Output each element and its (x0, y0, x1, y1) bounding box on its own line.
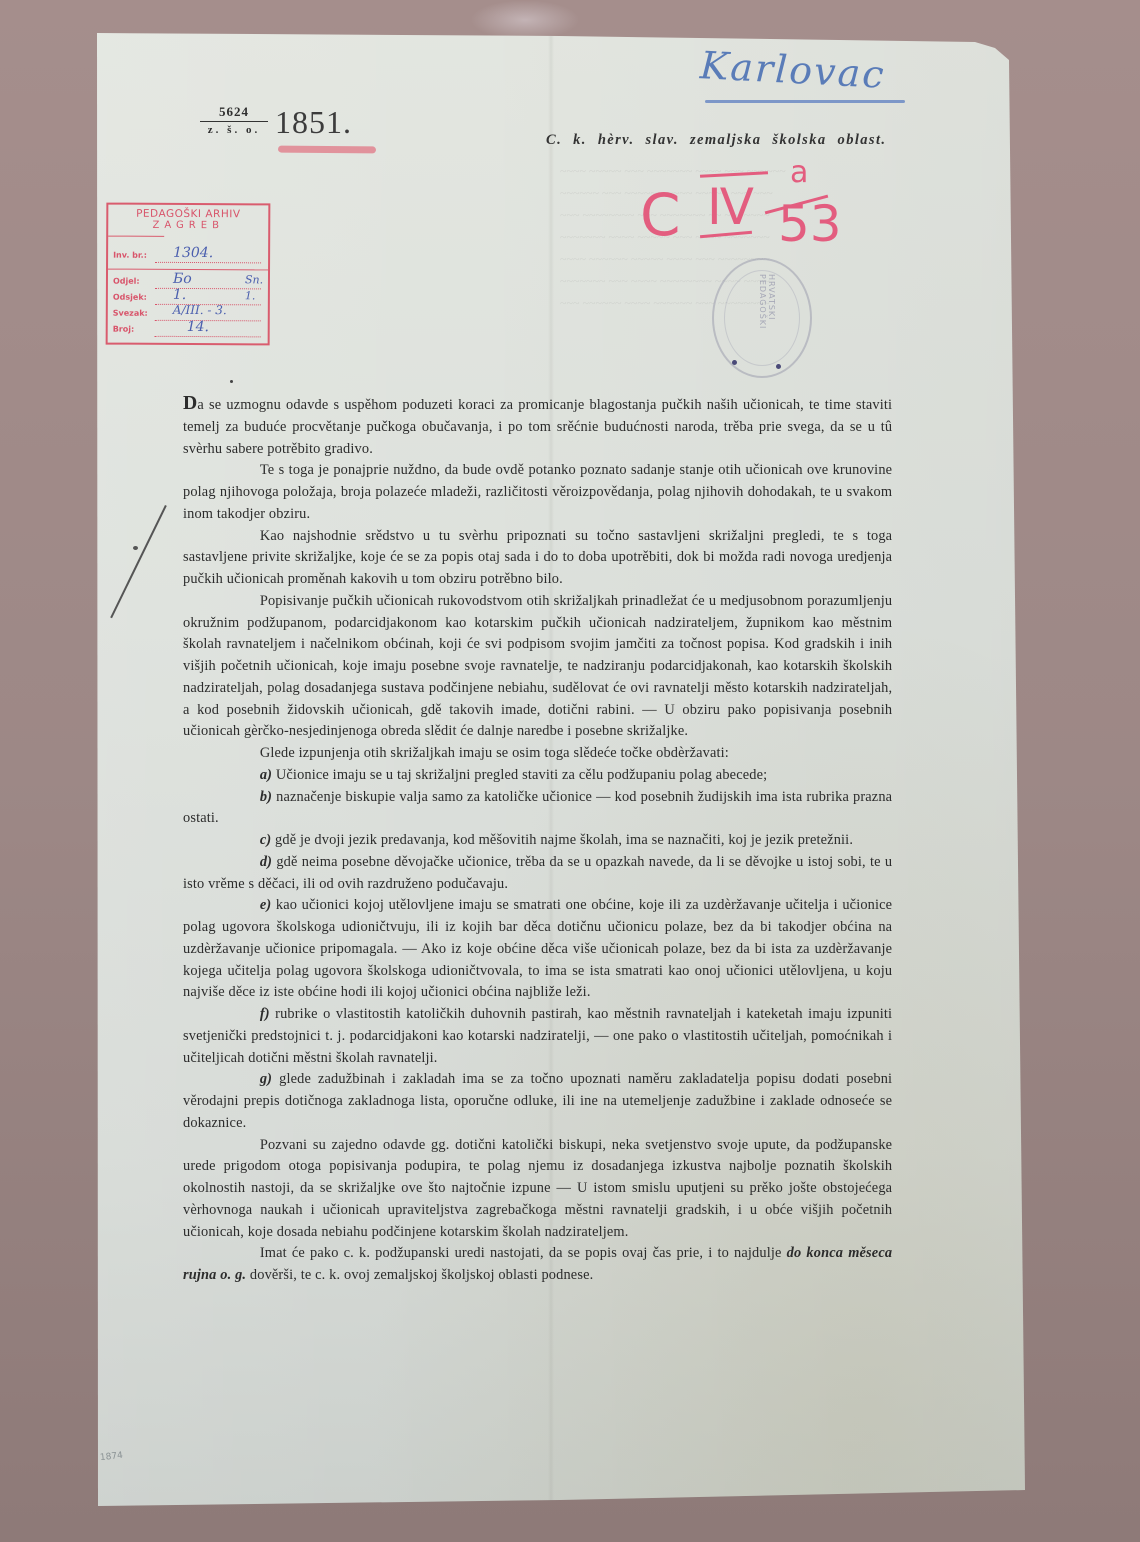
paragraph: Glede izpunjenja otih skrižaljkah imaju … (183, 743, 892, 765)
paragraph: Popisivanje pučkih učionicah rukovodstvo… (183, 591, 892, 743)
reference-code: z. š. o. (200, 122, 268, 136)
paragraph-closing: Imat će pako c. k. podžupanski uredi nas… (183, 1243, 892, 1287)
stamp-ink-dot (776, 364, 781, 369)
list-item-g: g) glede zadužbinah i zakladah ima se za… (183, 1069, 892, 1134)
list-item-a: a) Učionice imaju se u taj skrižaljni pr… (183, 765, 892, 787)
list-item-d: d) gdě neima posebne děvojačke učionice,… (183, 852, 892, 896)
list-item-f: f) rubrike o vlastitostih katoličkih duh… (183, 1004, 892, 1069)
margin-ink-mark (133, 546, 138, 550)
reference-number: 5624 (200, 104, 268, 122)
list-item-b: b) naznačenje biskupie valja samo za kat… (183, 787, 892, 831)
round-ink-stamp: HRVATSKI PEDAGOŠKI (712, 258, 812, 378)
paragraph: Kao najshodnie srědstvo u tu svèrhu prip… (183, 526, 892, 591)
red-pencil-underline (278, 146, 376, 154)
signature-denominator: 53 (778, 195, 842, 253)
archive-stamp-title: PEDAGOŠKI ARHIV (108, 205, 268, 221)
archive-stamp: PEDAGOŠKI ARHIV ZAGREB Inv. br.: 1304. O… (106, 203, 271, 346)
issuing-authority: C. k. hèrv. slav. zemaljska školska obla… (546, 132, 886, 149)
ink-dot (230, 380, 233, 383)
paragraph: Te s toga je ponajprie nuždno, da bude o… (183, 460, 892, 525)
signature-superscript: a (790, 155, 808, 190)
round-stamp-text: HRVATSKI PEDAGOŠKI (758, 274, 776, 376)
stamp-divider (108, 236, 164, 237)
signature-roman: IV (707, 178, 752, 236)
list-item-c: c) gdě je dvoji jezik predavanja, kod mě… (183, 830, 892, 852)
stamp-row-inventory: Inv. br.: 1304. (113, 251, 263, 267)
stamp-ink-dot (732, 360, 737, 365)
document-body: Da se uzmognu odavde s uspěhom poduzeti … (183, 395, 892, 1287)
paragraph: Pozvani su zajedno odavde gg. dotični ka… (183, 1135, 892, 1244)
stamp-row-department: Odjel: Бo Sn. (113, 277, 263, 293)
document-reference: 5624 z. š. o. (200, 104, 268, 136)
drop-cap: D (183, 392, 197, 414)
paragraph-intro: Da se uzmognu odavde s uspěhom poduzeti … (183, 395, 892, 460)
blue-pencil-underline (705, 100, 905, 103)
stamp-row-number: Broj: 14. (113, 325, 263, 341)
document-year: 1851. (275, 104, 352, 141)
archive-stamp-city: ZAGREB (108, 220, 268, 233)
light-glare (470, 0, 580, 40)
list-item-e: e) kao učionici kojoj utělovljene imaju … (183, 895, 892, 1004)
signature-letter: C (640, 181, 681, 249)
